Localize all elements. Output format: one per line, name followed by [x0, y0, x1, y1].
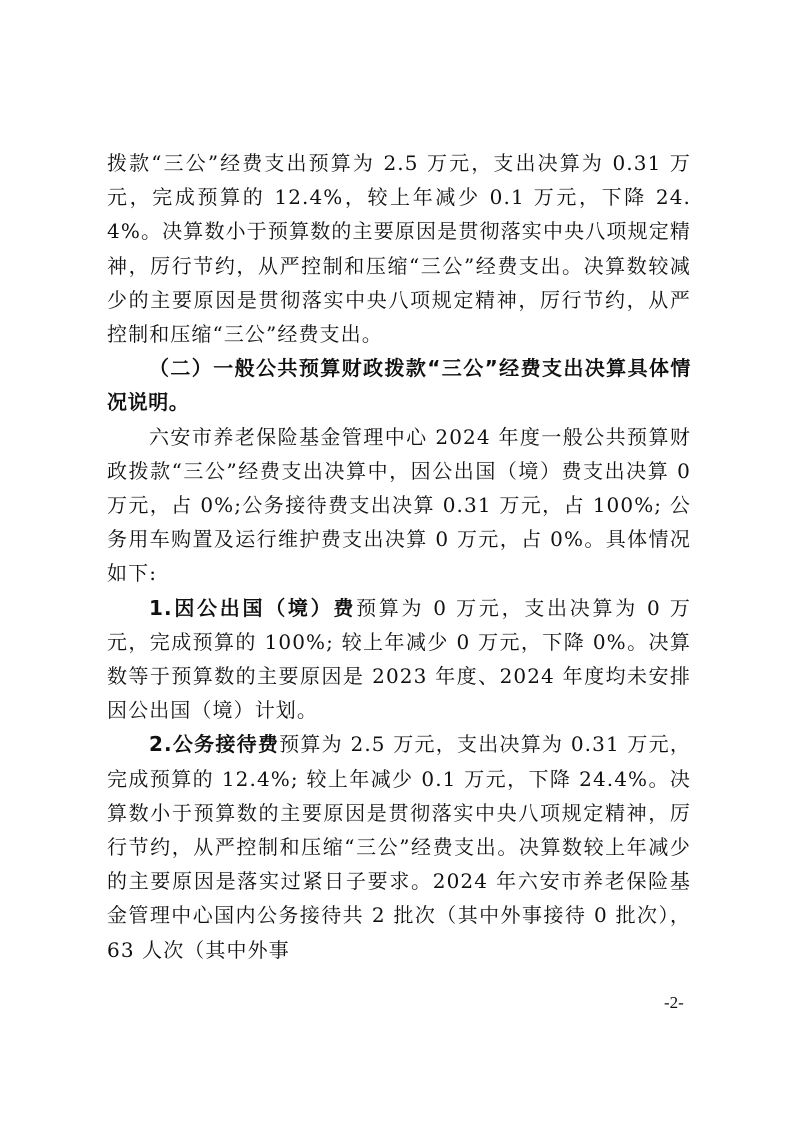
paragraph-overview: 六安市养老保险基金管理中心 2024 年度一般公共预算财政拨款“三公”经费支出决… [107, 420, 691, 591]
page-number: -2- [664, 993, 684, 1013]
paragraph-item-1: 1.因公出国（境）费预算为 0 万元，支出决算为 0 万元，完成预算的 100%… [107, 591, 691, 728]
section-heading-2: （二）一般公共预算财政拨款“三公”经费支出决算具体情况说明。 [107, 351, 691, 419]
item-1-label: 1.因公出国（境）费 [149, 596, 356, 620]
paragraph-summary: 拨款“三公”经费支出预算为 2.5 万元，支出决算为 0.31 万元，完成预算的… [107, 146, 691, 351]
paragraph-item-2: 2.公务接待费预算为 2.5 万元，支出决算为 0.31 万元，完成预算的 12… [107, 727, 691, 966]
item-2-text: 预算为 2.5 万元，支出决算为 0.31 万元，完成预算的 12.4%; 较上… [107, 732, 691, 961]
item-2-label: 2.公务接待费 [149, 732, 279, 756]
document-page: 拨款“三公”经费支出预算为 2.5 万元，支出决算为 0.31 万元，完成预算的… [107, 146, 691, 967]
